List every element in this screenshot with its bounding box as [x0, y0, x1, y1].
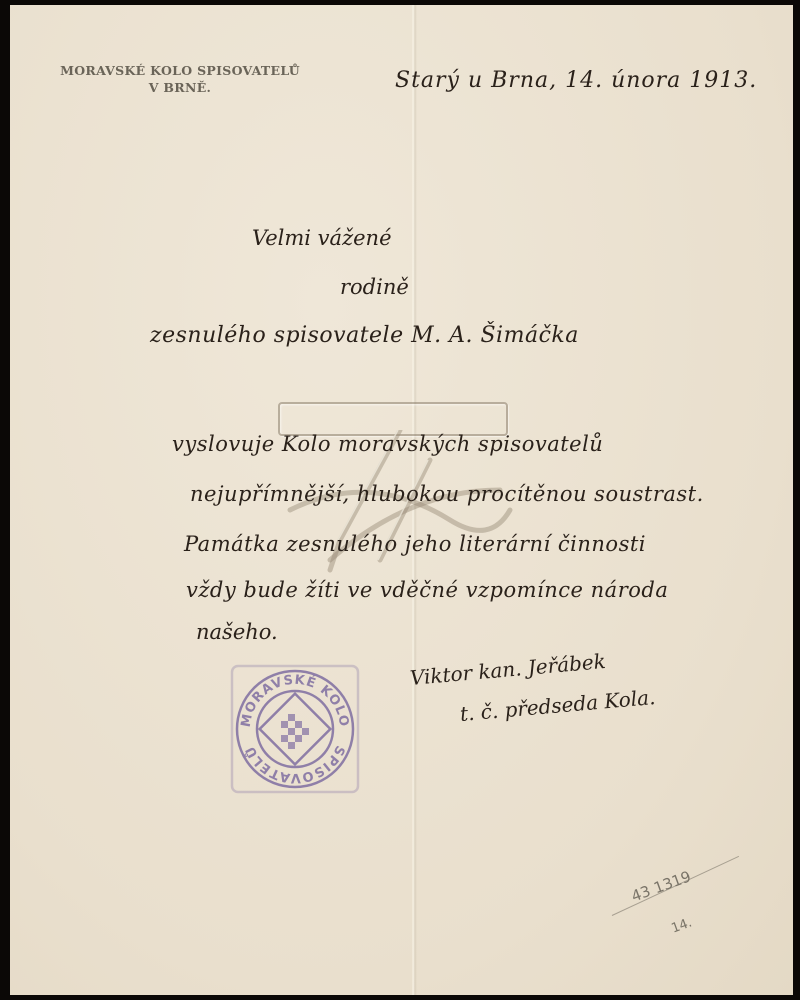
date-line: Starý u Brna, 14. února 1913.	[395, 68, 757, 93]
body-line-3: Památka zesnulého jeho literární činnost…	[184, 532, 646, 556]
letterhead: MORAVSKÉ KOLO SPISOVATELŮ V BRNĚ.	[60, 62, 300, 96]
letterhead-city: V BRNĚ.	[60, 79, 300, 96]
body-line-2: nejupřímnější, hlubokou procítěnou soust…	[190, 482, 704, 506]
salutation-line-2: rodině	[340, 275, 409, 299]
body-line-5: našeho.	[196, 620, 278, 644]
society-stamp-icon: MORAVSKÉ KOLO SPISOVATELŮ	[228, 662, 362, 796]
salutation-line-3: zesnulého spisovatele M. A. Šimáčka	[150, 323, 579, 348]
salutation-line-1: Velmi vážené	[252, 226, 392, 250]
body-line-1: vyslovuje Kolo moravských spisovatelů	[172, 432, 603, 456]
body-line-4: vždy bude žíti ve vděčné vzpomínce národ…	[186, 578, 668, 602]
letterhead-org-name: MORAVSKÉ KOLO SPISOVATELŮ	[60, 62, 300, 79]
